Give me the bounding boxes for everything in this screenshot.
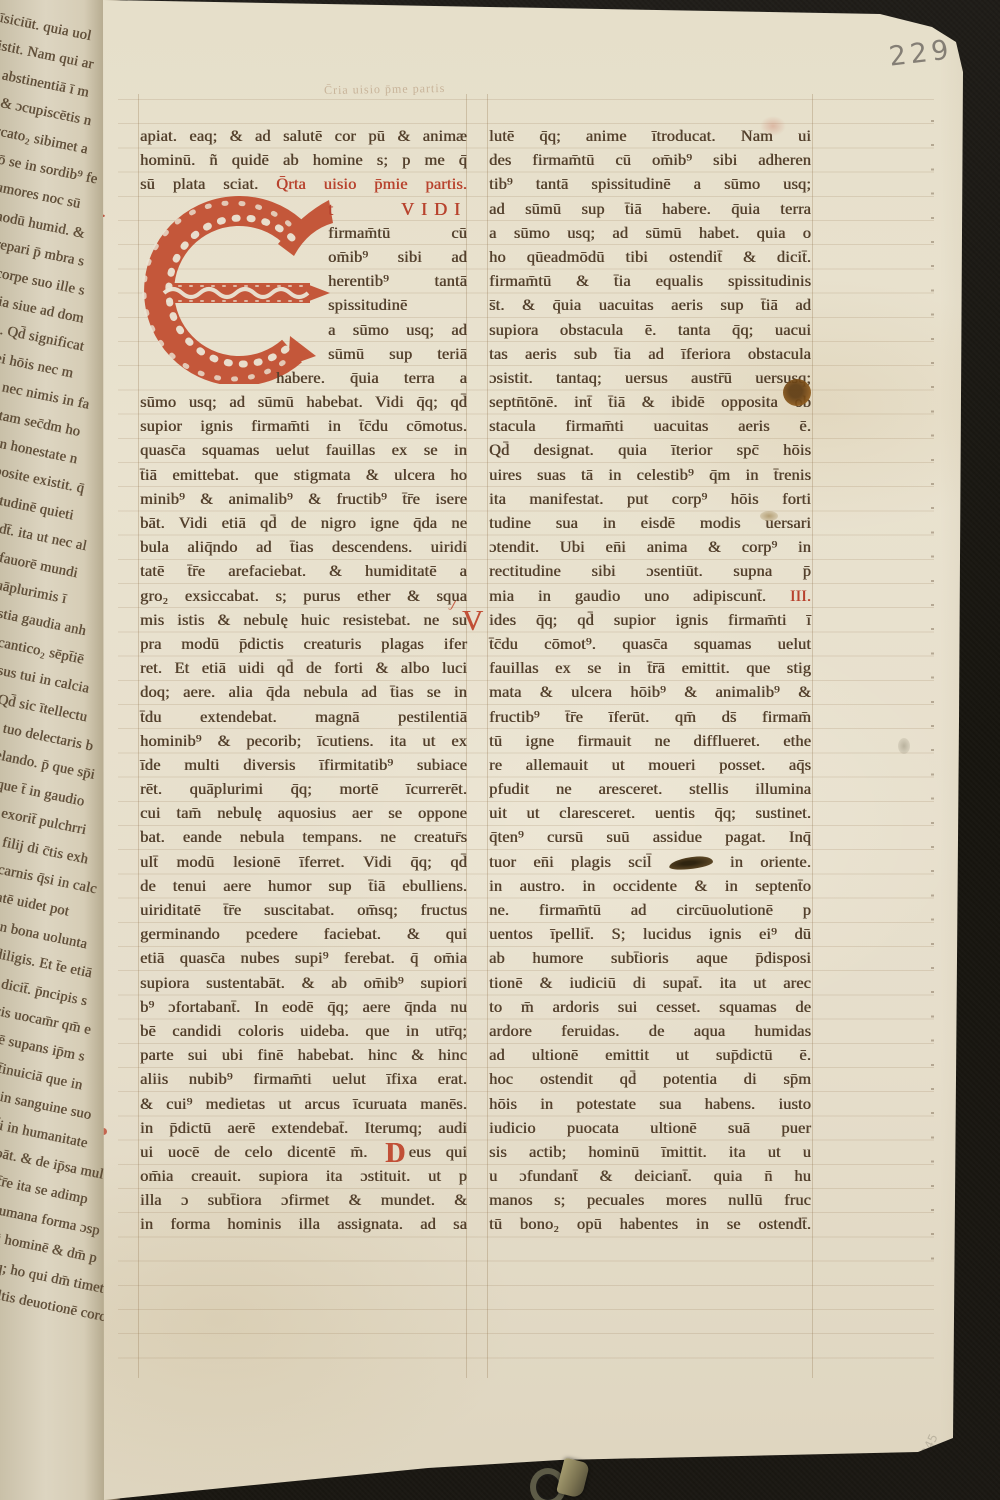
manuscript-text-line: in austro. in occidente & in septent̄o (489, 874, 811, 898)
manuscript-text-line: ult̄ modū lesionē īferret. Vidi q̄q; qd̄ (140, 850, 467, 874)
text-segment: ret. Et etiā uidi qd̄ de forti & albo lu… (140, 658, 467, 677)
manuscript-text-line: fructib⁹ t̄r̄e īferūt. qm̄ ds̄ firmam̄ (489, 705, 811, 729)
text-segment: septn̄tōnē. int̄ t̄iā & ibidē opposita o… (489, 392, 811, 411)
manuscript-text-line: sūmo usq; ad sūmū habebat. Vidi q̄q; qd̄ (140, 390, 467, 414)
text-segment: ne. firmam̄tū ad circūuolutionē p (489, 900, 811, 919)
manuscript-text-line: to m̄ ardoris sui cesset. squamas de (489, 995, 811, 1019)
text-segment: germinando pcedere faciebat. & qui (140, 924, 467, 943)
text-segment: eus qui (409, 1142, 467, 1161)
text-segment: b⁹ ɔfortabant̄. In eodē q̄q; aere q̄nda … (140, 997, 467, 1016)
text-segment: pra modū p̄dictis creaturis plagas ifer (140, 634, 467, 653)
brown-stain (783, 379, 811, 406)
text-segment: tionē & iudiciū di supat̄. ita ut arec (489, 973, 811, 992)
text-segment: a sūmo usq; ad sūmū habet. quia o (489, 223, 811, 242)
manuscript-text-line: uires suas tā in celestib⁹ q̄m in t̄reni… (489, 463, 811, 487)
facing-page-text-fragment: llū īsiciūt. quia uol (0, 6, 93, 45)
manuscript-text-line: ad ultionē emittit ut sup̄dictū ē. (489, 1043, 811, 1067)
manuscript-text-line: u ɔfundant̄ & deiciant̄. quia n̄ hu (489, 1164, 811, 1188)
text-segment: s̄t. & q̄uia uacuitas aeris sup t̄iā ad (489, 295, 811, 314)
book-clasp (528, 1460, 608, 1500)
manuscript-text-line: germinando pcedere faciebat. & qui (140, 922, 467, 946)
text-segment: mia in gaudio uno adipiscunt̄. (489, 586, 790, 605)
manuscript-text-line: tatē t̄r̄e arefaciebat. & humiditatē a (140, 559, 467, 583)
text-segment: doq; aere. alia q̄da nebula ad t̄ias se … (140, 682, 467, 701)
manuscript-text-line: supiora sustentabāt. & ab om̄ib⁹ supiori (140, 971, 467, 995)
text-segment: hōis in potestate sua habens. iusto (489, 1094, 811, 1113)
manuscript-text-line: īde multi diversis īfirmitatib⁹ subiace (140, 753, 467, 777)
photograph-background: llū īsiciūt. quia uolresistit. Nam qui a… (0, 0, 1000, 1500)
text-segment: to m̄ ardoris sui cesset. squamas de (489, 997, 811, 1016)
manuscript-page: C̄ria uisio p̄me partis 229 z. ʃ 245 api… (0, 0, 1000, 1500)
text-segment: sis actib; hominū īmittit. ita ut u (489, 1142, 811, 1161)
manuscript-text-line: bāt. Vidi etiā qd̄ de nigro igne q̄da ne (140, 511, 467, 535)
text-segment: minib⁹ & animalib⁹ & fructib⁹ t̄r̄e iser… (140, 489, 467, 508)
manuscript-text-line: pfudit ne aresceret. stellis illumina (489, 777, 811, 801)
manuscript-text-line: om̄ib⁹ sibi ad (328, 245, 467, 269)
text-segment: herentib⁹ tantā (328, 271, 467, 290)
manuscript-text-line: t̄iā emittebat. que stigmata & ulcera ho (140, 463, 467, 487)
manuscript-text-line: hominib⁹ & pecorib; īcutiens. ita ut ex (140, 729, 467, 753)
manuscript-text-line: bē candidi coloris uideba. que in utr̄q; (140, 1019, 467, 1043)
manuscript-text-line: fauillas ex se in t̄r̄ā emittit. que sti… (489, 656, 811, 680)
rubric-text: Q̄rta uisio p̄mie partis. (276, 174, 467, 193)
manuscript-text-line: ita manifestat. put corp⁹ hōis forti (489, 487, 811, 511)
text-segment: pfudit ne aresceret. stellis illumina (489, 779, 811, 798)
text-segment: bāt. Vidi etiā qd̄ de nigro igne q̄da ne (140, 513, 467, 532)
text-segment: bē candidi coloris uideba. que in utr̄q; (140, 1021, 467, 1040)
text-segment: stacula firmam̄ti uacuitas aeris ē. (489, 416, 811, 435)
text-segment: illa ɔ subt̄iora ɔfirmet & mundet. & (140, 1190, 467, 1209)
text-segment: tū bono₂ opū habentes in se ostendt̄. (489, 1214, 811, 1233)
facing-page-text-fragment: onei hōis nec m (0, 347, 75, 382)
manuscript-text-line: doq; aere. alia q̄da nebula ad t̄ias se … (140, 680, 467, 704)
manuscript-text-line: habere. q̄uia terra a (276, 366, 467, 390)
facing-page-text-fragment: ditatē uidet pot (0, 886, 70, 921)
text-segment: Qd̄ designat. quia īterior spc̄ hōis (489, 440, 811, 459)
text-segment: bula aliq̄ndo ad t̄ias descendens. uirid… (140, 537, 467, 556)
text-segment: ad ultionē emittit ut sup̄dictū ē. (489, 1045, 811, 1064)
manuscript-text-line: cui tam̄ nebulę aquosius aer se oppone (140, 801, 467, 825)
ink-blot (668, 855, 713, 871)
text-segment: fructib⁹ t̄r̄e īferūt. qm̄ ds̄ firmam̄ (489, 707, 811, 726)
corner-pencil-mark: 245 (918, 1432, 940, 1459)
manuscript-text-line: uiriditatē t̄r̄e suscitabat. om̄sq; fruc… (140, 898, 467, 922)
manuscript-text-line: sū plata sciat. Q̄rta uisio p̄mie partis… (140, 172, 467, 196)
manuscript-text-line: Vides q̄q; qd̄ supior ignis firmam̄ti ī (489, 608, 811, 632)
text-segment: q̄ten⁹ cursū suū assidue pagat. Inq̄ (489, 827, 811, 846)
text-segment: ita manifestat. put corp⁹ hōis forti (489, 489, 811, 508)
text-segment: supior ignis firmam̄ti in t̄c̄du cōmotus… (140, 416, 467, 435)
manuscript-text-line: hōis in potestate sua habens. iusto (489, 1092, 811, 1116)
text-segment: spissitudinē (328, 295, 407, 314)
manuscript-text-line: hominū. ñ quidē ab homine s; p me q̄ (140, 148, 467, 172)
smudge-stain (760, 511, 778, 521)
manuscript-text-line: mia in gaudio uno adipiscunt̄. III. (489, 584, 811, 608)
text-segment: ho qūeadmōdū tibi ostendit̄ & dicit̄. (489, 247, 811, 266)
manuscript-text-line: ui uocē de celo dicentē m̄. Deus qui (140, 1140, 467, 1164)
manuscript-text-line: sūmū sup teriā (328, 342, 467, 366)
manuscript-text-line: ɔtendit. Ubi en̄i anima & corp⁹ in (489, 535, 811, 559)
text-segment: aliis nubib⁹ firmam̄ti uelut īfixa erat. (140, 1069, 467, 1088)
manuscript-text-line: in p̄dictū aerē extendebat̄. Iterumq; au… (140, 1116, 467, 1140)
text-segment: ab humore subt̄ioris aque p̄disposi (489, 948, 811, 967)
manuscript-text-line: t̄c̄du cōmot⁹. quasc̄a squamas uelut (489, 632, 811, 656)
text-segment: de tenui aere humor sup t̄iā ebulliens. (140, 876, 467, 895)
manuscript-text-line: firmam̄tū cū (328, 221, 467, 245)
manuscript-text-line: septn̄tōnē. int̄ t̄iā & ibidē opposita o… (489, 390, 811, 414)
manuscript-text-line: tionē & iudiciū di supat̄. ita ut arec (489, 971, 811, 995)
manuscript-text-line: ne. firmam̄tū ad circūuolutionē p (489, 898, 811, 922)
text-segment: apiat. eaq; & ad salutē cor pū & animæ (140, 126, 467, 145)
text-segment: in forma hominis illa assignata. ad sa (140, 1214, 467, 1233)
red-showthrough-smudge (760, 116, 786, 136)
manuscript-text-line: herentib⁹ tantā (328, 269, 467, 293)
text-segment: ad sūmū sup t̄iā habere. q̄uia terra (489, 199, 811, 218)
text-segment: hominū. ñ quidē ab homine s; p me q̄ (140, 150, 467, 169)
text-segment: ult̄ modū lesionē īferret. Vidi q̄q; qd̄ (140, 852, 467, 871)
text-segment: in p̄dictū aerē extendebat̄. Iterumq; au… (140, 1118, 467, 1137)
text-segment: ɔtendit. Ubi en̄i anima & corp⁹ in (489, 537, 811, 556)
manuscript-text-line: mis istis & nebulę huic resistebat. ne s… (140, 608, 467, 632)
text-segment: mata & ulcera hōib⁹ & animalib⁹ & (489, 682, 811, 701)
text-segment: parte sui ubi finē habebat. hinc & hinc (140, 1045, 467, 1064)
text-segment: sūmo usq; ad sūmū habebat. Vidi q̄q; qd̄ (140, 392, 467, 411)
text-segment: & cui⁹ medietas ut arcus īcuruata manēs. (140, 1094, 467, 1113)
rubric-text: III. (790, 586, 811, 605)
manuscript-text-line: spissitudinē (328, 293, 467, 317)
manuscript-text-line: stacula firmam̄ti uacuitas aeris ē. (489, 414, 811, 438)
manuscript-text-line: de tenui aere humor sup t̄iā ebulliens. (140, 874, 467, 898)
facing-page-text-fragment: are nec nimis in fa (0, 375, 91, 414)
manuscript-text-line: manos s; pecuales mores nullū fruc (489, 1188, 811, 1212)
text-segment: firmam̄tū cū (328, 223, 467, 242)
manuscript-text-line: t VIDI (328, 197, 467, 221)
text-segment: om̄ib⁹ sibi ad (328, 247, 467, 266)
facing-page-text-fragment: bi in bona uolunta (0, 915, 89, 953)
text-segment: sū plata sciat. (140, 174, 276, 193)
manuscript-text-line: tib⁹ tantā spissitudinē a sūmo usq; (489, 172, 811, 196)
text-segment: ɔsistit. tantaq; uersus austr̄ū uersusq; (489, 368, 811, 387)
gray-spot (898, 738, 910, 754)
manuscript-text-line: illa ɔ subt̄iora ɔfirmet & mundet. & (140, 1188, 467, 1212)
manuscript-text-line: aliis nubib⁹ firmam̄ti uelut īfixa erat. (140, 1067, 467, 1091)
manuscript-text-line: parte sui ubi finē habebat. hinc & hinc (140, 1043, 467, 1067)
manuscript-text-line: apiat. eaq; & ad salutē cor pū & animæ (140, 124, 467, 148)
clasp-plate-icon (556, 1457, 590, 1498)
text-segment: hoc ostendit qd̄ potentia di sp̄m (489, 1069, 811, 1088)
text-segment: ides q̄q; qd̄ supior ignis firmam̄ti ī (489, 610, 811, 629)
pricking-marks (931, 120, 934, 1260)
text-segment: mis istis & nebulę huic resistebat. ne s… (140, 610, 467, 629)
manuscript-text-line: bat. eande nebula tempans. ne creatur̄s (140, 825, 467, 849)
manuscript-text-line: rēt. quāplurimi q̄q; mortē īcurrerēt. (140, 777, 467, 801)
marginal-red-initial: V (462, 608, 483, 634)
text-segment: supiora obstacula ē. tanta q̄q; uacui (489, 320, 811, 339)
right-text-column: lutē q̄q; anime ītroducat. Nam uides fir… (489, 124, 811, 1237)
text-segment: t̄du extendebat. magnā pestilentiā (140, 707, 467, 726)
manuscript-text-line: pra modū p̄dictis creaturis plagas ifer (140, 632, 467, 656)
text-segment: uentos īpellit̄. S; lucidus ignis ei⁹ dū (489, 924, 811, 943)
text-segment: manos s; pecuales mores nullū fruc (489, 1190, 811, 1209)
manuscript-text-line: etiā quasc̄a nubes supi⁹ ferebat. q̄ om̄… (140, 946, 467, 970)
manuscript-text-line: a sūmo usq; ad (328, 318, 467, 342)
text-segment: rēt. quāplurimi q̄q; mortē īcurrerēt. (140, 779, 467, 798)
text-segment: tib⁹ tantā spissitudinē a sūmo usq; (489, 174, 811, 193)
manuscript-text-line: re allemauit ut moueri posset. aq̄s (489, 753, 811, 777)
manuscript-text-line: sis actib; hominū īmittit. ita ut u (489, 1140, 811, 1164)
text-segment: rectitudine sibi ɔsentiūt. supna p̄ (489, 561, 811, 580)
manuscript-text-line: ab humore subt̄ioris aque p̄disposi (489, 946, 811, 970)
manuscript-text-line: in forma hominis illa assignata. ad sa (140, 1212, 467, 1236)
manuscript-text-line: ad sūmū sup t̄iā habere. q̄uia terra (489, 197, 811, 221)
manuscript-text-line: iudicio puocata ultionē suā puer (489, 1116, 811, 1140)
manuscript-text-line: tū igne firmauit ne difflueret. ethe (489, 729, 811, 753)
manuscript-text-line: gro₂ exsiccabat. s; purus ether & squa (140, 584, 467, 608)
manuscript-text-line: tas aeris sub t̄ia ad īferiora obstacula (489, 342, 811, 366)
text-segment: uiriditatē t̄r̄e suscitabat. om̄sq; fruc… (140, 900, 467, 919)
text-segment: tuor en̄i plagis scil̄ (489, 852, 669, 871)
text-segment: ui uocē de celo dicentē m̄. (140, 1142, 382, 1161)
manuscript-text-line: uit ut claresceret. uentis q̄q; sustinet… (489, 801, 811, 825)
left-text-column: apiat. eaq; & ad salutē cor pū & animæho… (140, 124, 467, 1237)
text-segment: firmam̄tū & t̄ia equalis spissitudinis (489, 271, 811, 290)
text-segment: re allemauit ut moueri posset. aq̄s (489, 755, 811, 774)
manuscript-text-line: ardore feruidas. de aqua humidas (489, 1019, 811, 1043)
text-segment: des firmam̄tū cū om̄ib⁹ sibi adheren (489, 150, 811, 169)
text-segment: quasc̄a squamas uelut fauillas ex se in (140, 440, 467, 459)
text-segment: in austro. in occidente & in septent̄o (489, 876, 811, 895)
manuscript-text-line: quasc̄a squamas uelut fauillas ex se in (140, 438, 467, 462)
text-segment: t̄c̄du cōmot⁹. quasc̄a squamas uelut (489, 634, 811, 653)
manuscript-text-line: firmam̄tū & t̄ia equalis spissitudinis (489, 269, 811, 293)
manuscript-text-line: s̄t. & q̄uia uacuitas aeris sup t̄iā ad (489, 293, 811, 317)
ruling-vertical-line (138, 94, 139, 1378)
text-segment: om̄ia creauit. supiora ita ɔstituit. ut … (140, 1166, 467, 1185)
manuscript-text-line: des firmam̄tū cū om̄ib⁹ sibi adheren (489, 148, 811, 172)
text-segment: habere. q̄uia terra a (276, 368, 467, 387)
manuscript-text-line: supior ignis firmam̄ti in t̄c̄du cōmotus… (140, 414, 467, 438)
facing-page-text-fragment: elestia gaudia anh (0, 602, 87, 640)
manuscript-text-line: tū bono₂ opū habentes in se ostendt̄. (489, 1212, 811, 1236)
manuscript-text-line: uentos īpellit̄. S; lucidus ignis ei⁹ dū (489, 922, 811, 946)
manuscript-text-line: ho qūeadmōdū tibi ostendit̄ & dicit̄. (489, 245, 811, 269)
text-segment: sūmū sup teriā (328, 344, 467, 363)
page-number: 229 (887, 34, 954, 73)
text-segment: fauillas ex se in t̄r̄ā emittit. que sti… (489, 658, 811, 677)
rubric-text: t VIDI (328, 199, 467, 219)
manuscript-text-line: minib⁹ & animalib⁹ & fructib⁹ t̄r̄e iser… (140, 487, 467, 511)
manuscript-text-line: hoc ostendit qd̄ potentia di sp̄m (489, 1067, 811, 1091)
manuscript-text-line: tuor en̄i plagis scil̄ in oriente. (489, 850, 811, 874)
text-segment: hominib⁹ & pecorib; īcutiens. ita ut ex (140, 731, 467, 750)
facing-page-edge: llū īsiciūt. quia uolresistit. Nam qui a… (0, 0, 120, 1500)
text-segment: tū igne firmauit ne difflueret. ethe (489, 731, 811, 750)
text-segment: ardore feruidas. de aqua humidas (489, 1021, 811, 1040)
manuscript-text-line: b⁹ ɔfortabant̄. In eodē q̄q; aere q̄nda … (140, 995, 467, 1019)
text-segment: iudicio puocata ultionē suā puer (489, 1118, 811, 1137)
manuscript-text-line: bula aliq̄ndo ad t̄ias descendens. uirid… (140, 535, 467, 559)
text-segment: supiora sustentabāt. & ab om̄ib⁹ supiori (140, 973, 467, 992)
faded-top-annotation: C̄ria uisio p̄me partis (324, 81, 446, 98)
text-segment: u ɔfundant̄ & deiciant̄. quia n̄ hu (489, 1166, 811, 1185)
text-segment: tatē t̄r̄e arefaciebat. & humiditatē a (140, 561, 467, 580)
manuscript-text-line: mata & ulcera hōib⁹ & animalib⁹ & (489, 680, 811, 704)
text-segment: in oriente. (713, 852, 811, 871)
text-segment: etiā quasc̄a nubes supi⁹ ferebat. q̄ om̄… (140, 948, 467, 967)
manuscript-text-line: ret. Et etiā uidi qd̄ de forti & albo lu… (140, 656, 467, 680)
manuscript-text-line: t̄du extendebat. magnā pestilentiā (140, 705, 467, 729)
manuscript-text-line: & cui⁹ medietas ut arcus īcuruata manēs. (140, 1092, 467, 1116)
manuscript-text-line: q̄ten⁹ cursū suū assidue pagat. Inq̄ (489, 825, 811, 849)
manuscript-text-line: Qd̄ designat. quia īterior spc̄ hōis (489, 438, 811, 462)
text-segment: tas aeris sub t̄ia ad īferiora obstacula (489, 344, 811, 363)
text-segment: īde multi diversis īfirmitatib⁹ subiace (140, 755, 467, 774)
facing-page-text-fragment: reddt̄. ita ut nec al (0, 517, 88, 555)
text-segment: a sūmo usq; ad (328, 320, 467, 339)
text-segment: uit ut claresceret. uentis q̄q; sustinet… (489, 803, 811, 822)
manuscript-text-line: a sūmo usq; ad sūmū habet. quia o (489, 221, 811, 245)
text-segment: bat. eande nebula tempans. ne creatur̄s (140, 827, 467, 846)
text-segment: uires suas tā in celestib⁹ q̄m in t̄reni… (489, 465, 811, 484)
ruling-vertical-line (487, 94, 488, 1378)
manuscript-text-line: om̄ia creauit. supiora ita ɔstituit. ut … (140, 1164, 467, 1188)
manuscript-text-line: ɔsistit. tantaq; uersus austr̄ū uersusq; (489, 366, 811, 390)
text-segment: t̄iā emittebat. que stigmata & ulcera ho (140, 465, 467, 484)
text-segment: gro₂ exsiccabat. s; purus ether & squa (140, 586, 467, 605)
facing-page-text-fragment: ; quāplurimis ī (0, 574, 68, 608)
manuscript-text-line: rectitudine sibi ɔsentiūt. supna p̄ (489, 559, 811, 583)
text-segment: cui tam̄ nebulę aquosius aer se oppone (140, 803, 467, 822)
manuscript-text-line: supiora obstacula ē. tanta q̄q; uacui (489, 318, 811, 342)
ruling-vertical-line (812, 94, 813, 1378)
